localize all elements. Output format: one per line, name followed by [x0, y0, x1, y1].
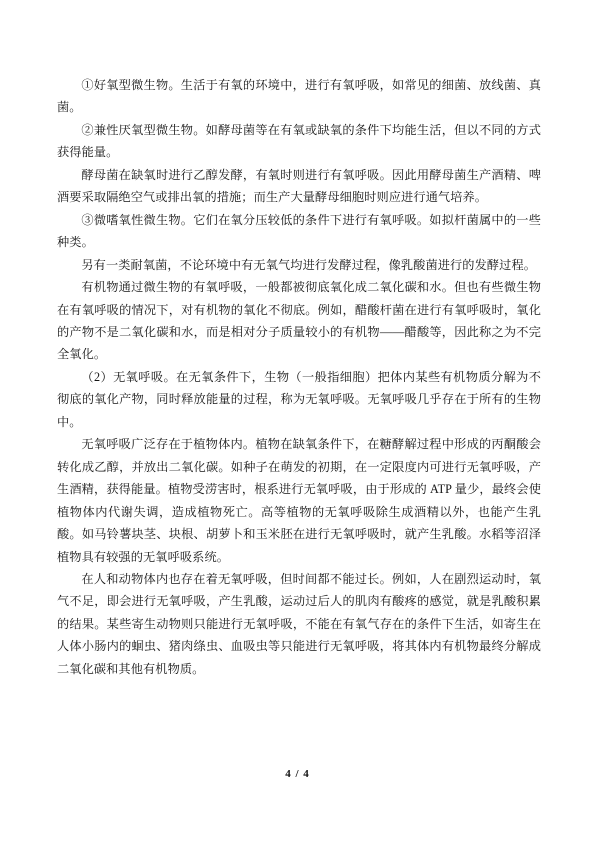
page-number: 4 / 4 — [285, 768, 310, 780]
paragraph: ①好氧型微生物。生活于有氧的环境中，进行有氧呼吸，如常见的细菌、放线菌、真菌。 — [57, 74, 541, 119]
paragraph: （2）无氧呼吸。在无氧条件下，生物（一般指细胞）把体内某些有机物质分解为不彻底的… — [57, 366, 541, 433]
paragraph: 另有一类耐氧菌，不论环境中有无氧气均进行发酵过程，像乳酸菌进行的发酵过程。 — [57, 254, 541, 276]
paragraph: 酵母菌在缺氧时进行乙醇发酵，有氧时则进行有氧呼吸。因此用酵母菌生产酒精、啤酒要采… — [57, 164, 541, 209]
paragraph: ③微嗜氧性微生物。它们在氧分压较低的条件下进行有氧呼吸。如拟杆菌属中的一些种类。 — [57, 209, 541, 254]
document-page: ①好氧型微生物。生活于有氧的环境中，进行有氧呼吸，如常见的细菌、放线菌、真菌。 … — [0, 0, 595, 841]
paragraph: ②兼性厌氧型微生物。如酵母菌等在有氧或缺氧的条件下均能生活，但以不同的方式获得能… — [57, 119, 541, 164]
paragraph: 有机物通过微生物的有氧呼吸，一般都被彻底氧化成二氧化碳和水。但也有些微生物在有氧… — [57, 276, 541, 366]
page-footer: 4 / 4 — [0, 764, 595, 782]
document-body: ①好氧型微生物。生活于有氧的环境中，进行有氧呼吸，如常见的细菌、放线菌、真菌。 … — [57, 74, 541, 680]
paragraph: 在人和动物体内也存在着无氧呼吸，但时间都不能过长。例如，人在剧烈运动时，氧气不足… — [57, 568, 541, 680]
paragraph: 无氧呼吸广泛存在于植物体内。植物在缺氧条件下，在糖酵解过程中形成的丙酮酸会转化成… — [57, 433, 541, 568]
